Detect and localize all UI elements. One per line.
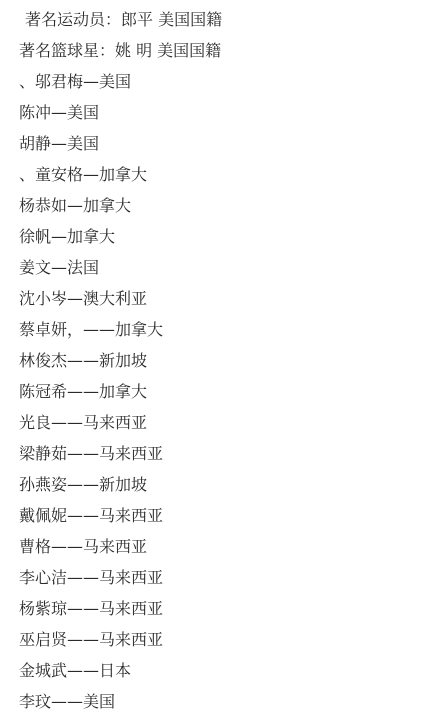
list-item: 、童安格—加拿大 [19, 161, 222, 192]
list-item: 李心洁——马来西亚 [19, 564, 222, 595]
list-item: 巫启贤——马来西亚 [19, 626, 222, 657]
list-item: 陈冠希——加拿大 [19, 378, 222, 409]
list-item: 姜文—法国 [19, 254, 222, 285]
list-item: 著名篮球星：姚 明 美国国籍 [19, 37, 222, 68]
list-item: 杨紫琼——马来西亚 [19, 595, 222, 626]
list-item: 梁静茹——马来西亚 [19, 440, 222, 471]
list-item: 蔡卓妍，——加拿大 [19, 316, 222, 347]
list-item: 林俊杰——新加坡 [19, 347, 222, 378]
list-item: 光良——马来西亚 [19, 409, 222, 440]
celebrity-nationality-list: 著名运动员：郎平 美国国籍 著名篮球星：姚 明 美国国籍 、邬君梅—美国 陈冲—… [19, 6, 222, 718]
list-item: 胡静—美国 [19, 130, 222, 161]
list-item: 沈小岑—澳大利亚 [19, 285, 222, 316]
list-item: 戴佩妮——马来西亚 [19, 502, 222, 533]
list-item: 孙燕姿——新加坡 [19, 471, 222, 502]
list-item: 金城武——日本 [19, 657, 222, 688]
list-item: 徐帆—加拿大 [19, 223, 222, 254]
list-item: 杨恭如—加拿大 [19, 192, 222, 223]
list-item: 李玟——美国 [19, 688, 222, 718]
list-item: 著名运动员：郎平 美国国籍 [19, 6, 222, 37]
list-item: 、邬君梅—美国 [19, 68, 222, 99]
list-item: 曹格——马来西亚 [19, 533, 222, 564]
list-item: 陈冲—美国 [19, 99, 222, 130]
